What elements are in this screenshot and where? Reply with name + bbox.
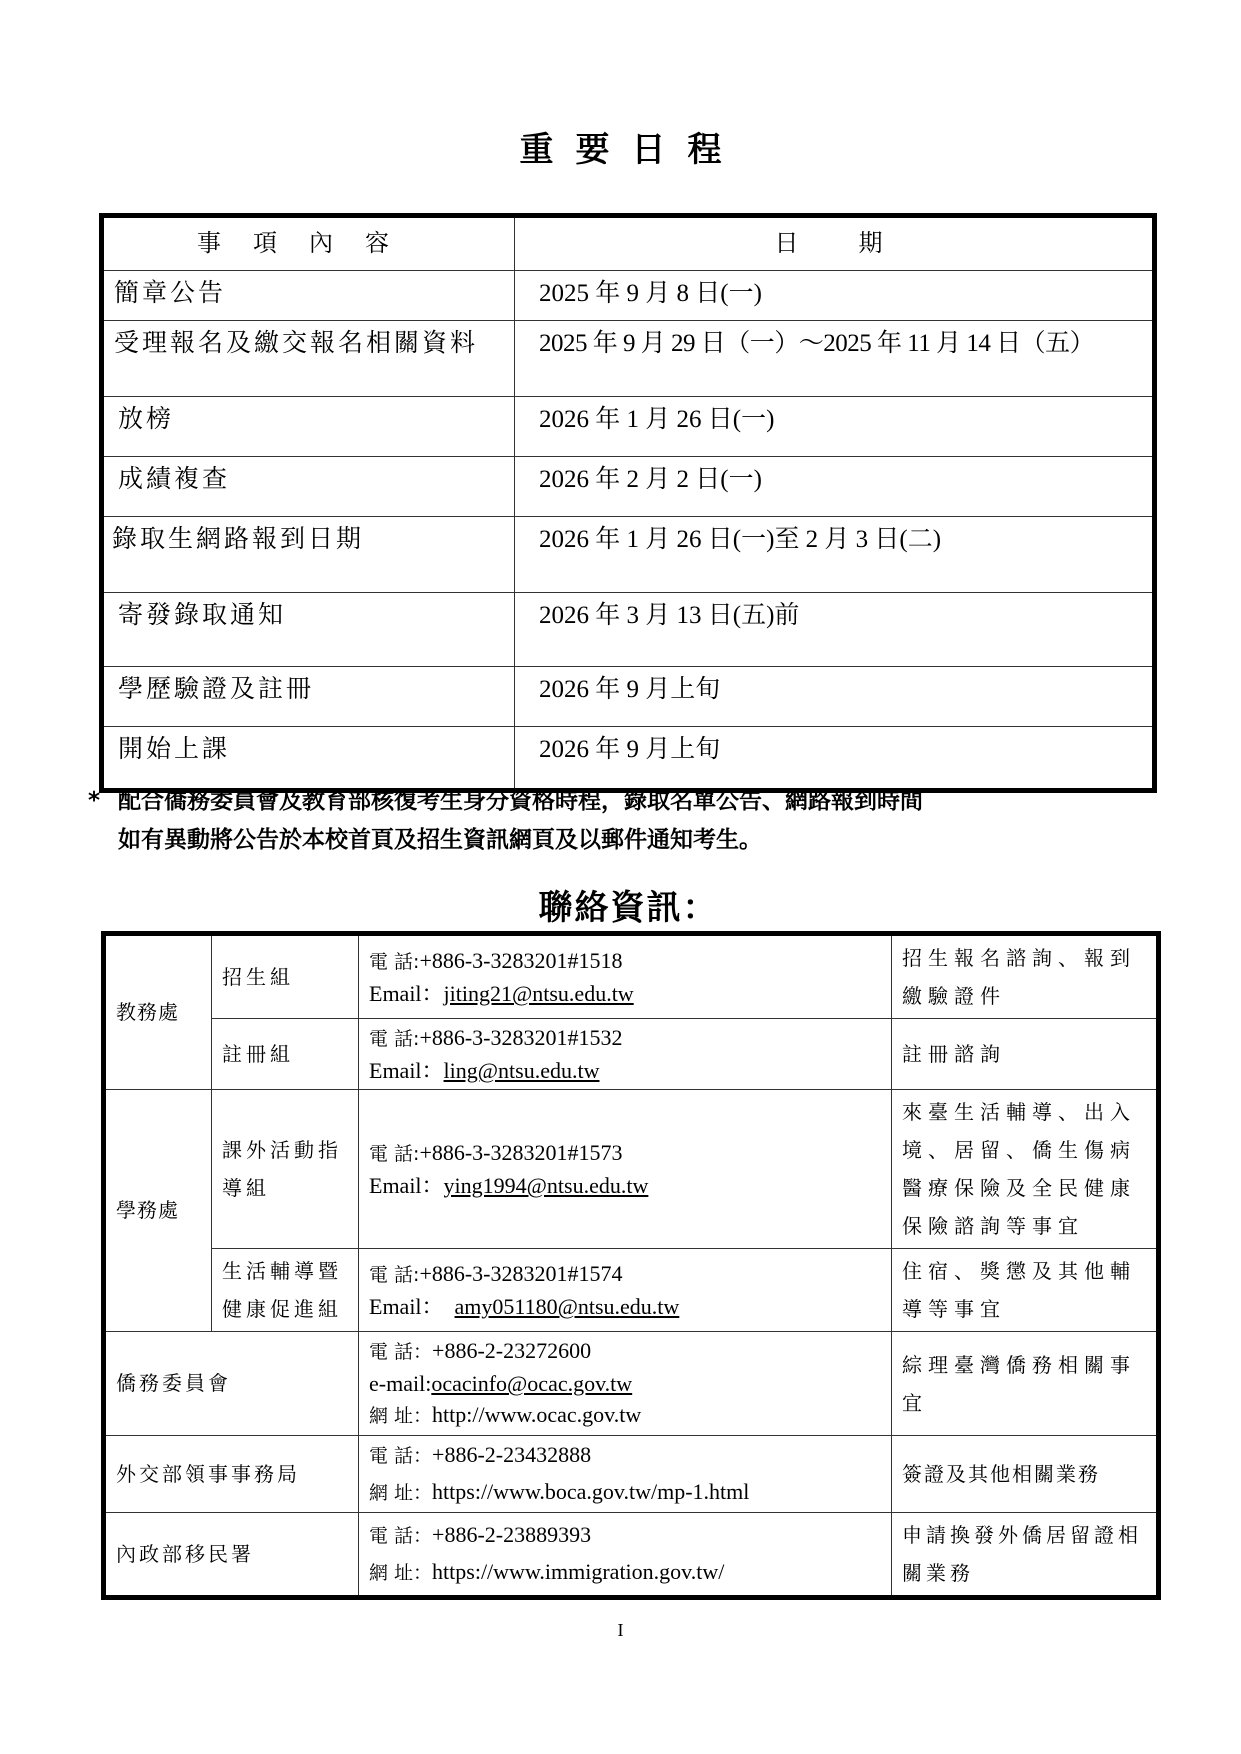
schedule-item: 成績複查 (102, 457, 515, 517)
phone-value: +886-2-23889393 (432, 1522, 591, 1547)
service-description: 簽證及其他相關業務 (892, 1436, 1159, 1513)
footnote-line-1: 配合僑務委員會及教育部核復考生身分資格時程，錄取名單公告、網路報到時間 (118, 788, 923, 814)
schedule-item: 開始上課 (102, 727, 515, 791)
contact-info: 電 話:+886-3-3283201#1574 Email： amy051180… (359, 1249, 892, 1332)
sub-unit: 生活輔導暨健康促進組 (212, 1249, 359, 1332)
service-description: 招生報名諮詢、報到繳驗證件 (892, 934, 1159, 1019)
email-link[interactable]: ying1994@ntsu.edu.tw (444, 1173, 649, 1198)
phone-label: 電 話： (369, 1525, 432, 1547)
web-label: 網 址： (369, 1562, 432, 1584)
phone-label: 電 話： (369, 1445, 432, 1467)
email-link[interactable]: ling@ntsu.edu.tw (444, 1058, 600, 1083)
phone-label: 電 話: (369, 1143, 419, 1165)
table-row: 內政部移民署 電 話：+886-2-23889393 網 址：https://w… (104, 1513, 1159, 1598)
schedule-item: 寄發錄取通知 (102, 593, 515, 667)
phone-label: 電 話: (369, 1028, 419, 1050)
phone-label: 電 話: (369, 951, 419, 973)
web-url[interactable]: https://www.boca.gov.tw/mp-1.html (432, 1479, 749, 1504)
asterisk-icon: * (88, 782, 118, 821)
contacts-table: 教務處 招生組 電 話:+886-3-3283201#1518 Email：ji… (101, 931, 1161, 1600)
table-row: 錄取生網路報到日期 2026 年 1 月 26 日(一)至 2 月 3 日(二) (102, 517, 1155, 593)
contact-info: 電 話:+886-3-3283201#1518 Email：jiting21@n… (359, 934, 892, 1019)
contact-info: 電 話：+886-2-23272600 e-mail:ocacinfo@ocac… (359, 1332, 892, 1436)
email-label: e-mail: (369, 1371, 431, 1396)
table-row: 僑務委員會 電 話：+886-2-23272600 e-mail:ocacinf… (104, 1332, 1159, 1436)
schedule-date: 2025 年 9 月 29 日（一）～2025 年 11 月 14 日（五） (515, 321, 1155, 397)
schedule-date: 2026 年 3 月 13 日(五)前 (515, 593, 1155, 667)
table-row: 註冊組 電 話:+886-3-3283201#1532 Email：ling@n… (104, 1019, 1159, 1090)
email-link[interactable]: jiting21@ntsu.edu.tw (444, 981, 634, 1006)
phone-label: 電 話： (369, 1341, 432, 1363)
table-row: 生活輔導暨健康促進組 電 話:+886-3-3283201#1574 Email… (104, 1249, 1159, 1332)
schedule-date: 2026 年 1 月 26 日(一)至 2 月 3 日(二) (515, 517, 1155, 593)
header-date: 日期 (515, 216, 1155, 271)
table-row: 成績複查 2026 年 2 月 2 日(一) (102, 457, 1155, 517)
schedule-title: 重要日程 (0, 122, 1241, 171)
email-link[interactable]: amy051180@ntsu.edu.tw (455, 1294, 680, 1319)
unit-boca: 外交部領事事務局 (104, 1436, 359, 1513)
web-label: 網 址： (369, 1482, 432, 1504)
schedule-table: 事項內容 日期 簡章公告 2025 年 9 月 8 日(一) 受理報名及繳交報名… (99, 213, 1157, 793)
service-description: 註冊諮詢 (892, 1019, 1159, 1090)
page-number: I (0, 1620, 1241, 1641)
schedule-date: 2026 年 2 月 2 日(一) (515, 457, 1155, 517)
service-description: 來臺生活輔導、出入境、居留、僑生傷病醫療保險及全民健康保險諮詢等事宜 (892, 1090, 1159, 1249)
schedule-item: 錄取生網路報到日期 (102, 517, 515, 593)
phone-value: +886-3-3283201#1573 (419, 1140, 622, 1165)
phone-value: +886-3-3283201#1532 (419, 1025, 622, 1050)
schedule-footnote: *配合僑務委員會及教育部核復考生身分資格時程，錄取名單公告、網路報到時間 如有異… (88, 782, 1168, 860)
email-label: Email： (369, 1294, 444, 1319)
contact-info: 電 話：+886-2-23432888 網 址：https://www.boca… (359, 1436, 892, 1513)
table-row: 學務處 課外活動指導組 電 話:+886-3-3283201#1573 Emai… (104, 1090, 1159, 1249)
unit-student-affairs: 學務處 (104, 1090, 212, 1332)
table-row: 簡章公告 2025 年 9 月 8 日(一) (102, 271, 1155, 321)
table-row: 教務處 招生組 電 話:+886-3-3283201#1518 Email：ji… (104, 934, 1159, 1019)
phone-value: +886-3-3283201#1574 (419, 1261, 622, 1286)
email-label: Email： (369, 1058, 444, 1083)
service-description: 綜理臺灣僑務相關事宜 (892, 1332, 1159, 1436)
schedule-date: 2026 年 9 月上旬 (515, 727, 1155, 791)
schedule-item: 受理報名及繳交報名相關資料 (102, 321, 515, 397)
web-url[interactable]: https://www.immigration.gov.tw/ (432, 1559, 724, 1584)
phone-value: +886-2-23272600 (432, 1338, 591, 1363)
web-label: 網 址： (369, 1405, 432, 1427)
table-row: 寄發錄取通知 2026 年 3 月 13 日(五)前 (102, 593, 1155, 667)
footnote-line-2: 如有異動將公告於本校首頁及招生資訊網頁及以郵件通知考生。 (88, 821, 1168, 860)
email-label: Email： (369, 1173, 444, 1198)
schedule-item: 簡章公告 (102, 271, 515, 321)
contacts-title: 聯絡資訊： (8, 880, 1241, 929)
schedule-date: 2026 年 1 月 26 日(一) (515, 397, 1155, 457)
table-row: 開始上課 2026 年 9 月上旬 (102, 727, 1155, 791)
phone-label: 電 話: (369, 1264, 419, 1286)
contact-info: 電 話：+886-2-23889393 網 址：https://www.immi… (359, 1513, 892, 1598)
schedule-item: 學歷驗證及註冊 (102, 667, 515, 727)
table-row: 外交部領事事務局 電 話：+886-2-23432888 網 址：https:/… (104, 1436, 1159, 1513)
service-description: 申請換發外僑居留證相關業務 (892, 1513, 1159, 1598)
unit-academic-affairs: 教務處 (104, 934, 212, 1090)
contact-info: 電 話:+886-3-3283201#1532 Email：ling@ntsu.… (359, 1019, 892, 1090)
service-description: 住宿、獎懲及其他輔導等事宜 (892, 1249, 1159, 1332)
unit-immigration: 內政部移民署 (104, 1513, 359, 1598)
phone-value: +886-3-3283201#1518 (419, 948, 622, 973)
web-url[interactable]: http://www.ocac.gov.tw (432, 1402, 641, 1427)
contact-info: 電 話:+886-3-3283201#1573 Email：ying1994@n… (359, 1090, 892, 1249)
phone-value: +886-2-23432888 (432, 1442, 591, 1467)
sub-unit: 招生組 (212, 934, 359, 1019)
unit-ocac: 僑務委員會 (104, 1332, 359, 1436)
table-row: 學歷驗證及註冊 2026 年 9 月上旬 (102, 667, 1155, 727)
schedule-date: 2025 年 9 月 8 日(一) (515, 271, 1155, 321)
email-label: Email： (369, 981, 444, 1006)
schedule-header-row: 事項內容 日期 (102, 216, 1155, 271)
email-link[interactable]: ocacinfo@ocac.gov.tw (431, 1371, 632, 1396)
schedule-date: 2026 年 9 月上旬 (515, 667, 1155, 727)
table-row: 受理報名及繳交報名相關資料 2025 年 9 月 29 日（一）～2025 年 … (102, 321, 1155, 397)
sub-unit: 課外活動指導組 (212, 1090, 359, 1249)
header-item: 事項內容 (102, 216, 515, 271)
sub-unit: 註冊組 (212, 1019, 359, 1090)
table-row: 放榜 2026 年 1 月 26 日(一) (102, 397, 1155, 457)
schedule-item: 放榜 (102, 397, 515, 457)
